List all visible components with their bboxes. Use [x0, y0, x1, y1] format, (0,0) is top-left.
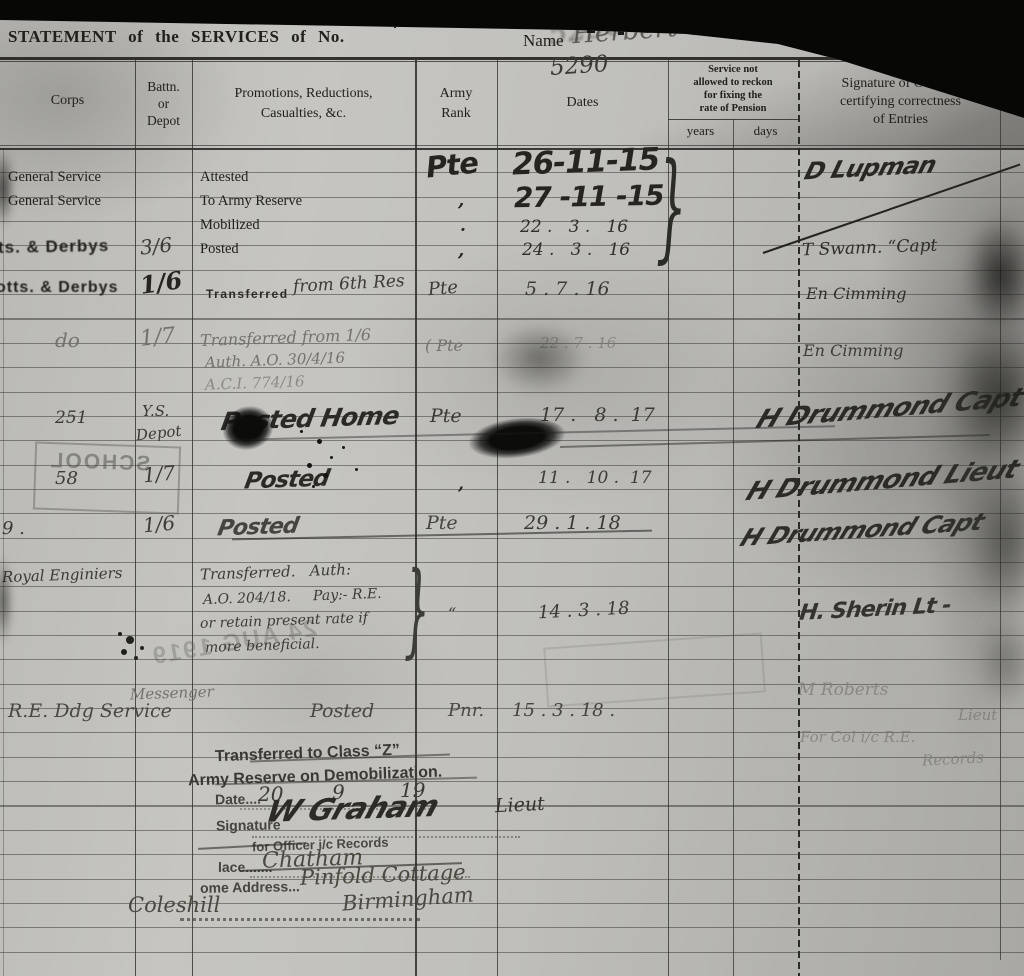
- r7-corps-hand: 251: [55, 410, 87, 428]
- r3-date-hand: 22 . 3 . 16: [520, 219, 628, 237]
- r7-rank-hand: Pte: [430, 407, 462, 427]
- col-rank-1: Army: [415, 87, 497, 102]
- speckles-left: [118, 632, 122, 636]
- r1-rank-hand: Pte: [425, 147, 480, 183]
- r5-corps-stamp: otts. & Derbys: [0, 280, 118, 297]
- demob-address-line3: Birmingham: [341, 883, 474, 914]
- r9-battn-hand: 1/6: [142, 513, 176, 537]
- r3-rank-ditto: .: [460, 218, 466, 236]
- col-days: days: [733, 124, 798, 138]
- col-pension-3: for fixing the: [668, 90, 798, 101]
- edge-mottle-band: [925, 240, 1024, 760]
- r6-event-line1: Transferred from 1/6: [200, 327, 372, 350]
- col-battn-1: Battn.: [135, 80, 192, 94]
- col-rank-2: Rank: [415, 107, 497, 122]
- demob-line1: Transferred to Class “Z”: [215, 743, 400, 766]
- col-promotions-2: Casualties, &c.: [192, 107, 415, 122]
- r10-event-line1: Transferred. Auth:: [200, 562, 352, 583]
- col-pension-1: Service not: [668, 64, 798, 75]
- r2-event: To Army Reserve: [200, 194, 302, 209]
- r10-rank-ditto: “: [448, 606, 456, 623]
- r6-rank-hand: ( Pte: [425, 338, 463, 355]
- r10-event-line2: A.O. 204/18. Pay:- R.E.: [203, 587, 382, 608]
- r6-event-line3: A.C.I. 774/16: [205, 374, 305, 393]
- r10-brace: }: [404, 558, 429, 665]
- r4-date-hand: 24 . 3 . 16: [522, 242, 630, 260]
- col-corps: Corps: [0, 94, 135, 109]
- r4-battn-hand: 3/6: [139, 234, 173, 258]
- r5-battn-hand: 1/6: [138, 267, 183, 298]
- r4-event: Posted: [200, 242, 239, 257]
- dates-brace: }: [656, 146, 687, 269]
- scanned-service-record: SCHOOL 24 AUG 1919 STATEMENT of the SERV…: [0, 0, 1024, 976]
- name-label: Name: [523, 32, 564, 50]
- r8-corps-hand: 58: [55, 470, 78, 489]
- col-promotions-1: Promotions, Reductions,: [192, 87, 415, 102]
- r9-corps-hand: 9 .: [2, 520, 25, 539]
- r11-corps-hand: R.E. Ddg Service: [8, 702, 172, 722]
- sig-r4: T Swann. “Capt: [802, 238, 938, 261]
- r11-event-hand: Posted: [310, 702, 374, 722]
- col-battn-2: or: [135, 97, 192, 111]
- r2-date-hand: 27 -11 -15: [514, 181, 664, 213]
- r8-battn-hand: 1/7: [142, 463, 176, 487]
- r10-corps-hand: Royal Enginiers: [2, 566, 123, 586]
- r10-date-hand: 14 . 3 . 18: [538, 600, 630, 624]
- r5-event-stamp: Transferred: [206, 288, 289, 301]
- r5-date-hand: 5 . 7 . 16: [525, 280, 610, 300]
- r3-event: Mobilized: [200, 218, 260, 233]
- sig-r1: D Lupman: [802, 153, 939, 185]
- r10-event-line3: or retain present rate if: [200, 611, 368, 632]
- r1-date-hand: 26-11-15: [511, 143, 659, 181]
- r5-rank-hand: Pte: [427, 279, 459, 300]
- r7-battn-line1: Y.S.: [142, 404, 169, 420]
- r8-event-hand: Posted: [243, 467, 331, 494]
- col-signature-3: of Entries: [798, 113, 1003, 128]
- r11-date-hand: 15 . 3 . 18 .: [512, 702, 615, 721]
- officer-unit-pencil: For Col i/c R.E.: [800, 730, 915, 746]
- r2-corps: General Service: [8, 194, 101, 209]
- paper-sheet: SCHOOL 24 AUG 1919 STATEMENT of the SERV…: [0, 0, 1024, 976]
- r1-corps: General Service: [8, 170, 101, 185]
- sig-r6: En Cimming: [803, 343, 903, 360]
- left-edge-mark-1: [0, 148, 14, 228]
- r9-rank-hand: Pte: [426, 514, 458, 534]
- r6-corps-hand: do: [55, 330, 80, 351]
- r8-rank-ditto: ,: [458, 476, 464, 494]
- r2-rank-ditto: ,: [458, 192, 464, 211]
- officer-name-pencil: M Roberts: [798, 682, 888, 700]
- demob-date-label: Date....: [215, 792, 261, 807]
- r8-date-hand: 11 . 10 . 17: [538, 470, 652, 488]
- demob-signature-rank: Lieut: [495, 795, 546, 818]
- r6-battn-hand: 1/7: [139, 324, 177, 351]
- col-pension-4: rate of Pension: [668, 103, 798, 114]
- demob-signature-hand: W Graham: [262, 791, 442, 828]
- smudge-row6: [492, 322, 587, 394]
- col-signature-1: Signature of Officers: [798, 77, 1003, 92]
- col-years: years: [668, 124, 733, 138]
- demob-address-line2: Coleshill: [128, 894, 220, 916]
- col-pension-2: allowed to reckon: [668, 77, 798, 88]
- top-edge-marks: [394, 0, 396, 28]
- col-battn-3: Depot: [135, 114, 192, 128]
- service-number-handwritten: 5290: [549, 52, 609, 80]
- form-corner-text: Army F: [812, 18, 859, 33]
- r4-corps-stamp: ts. & Derbys: [0, 237, 109, 257]
- form-title: STATEMENT of the SERVICES of No.: [8, 28, 345, 46]
- sig-r5: En Cimming: [806, 286, 906, 303]
- col-signature-2: certifying correctness: [798, 95, 1003, 110]
- r11-rank-hand: Pnr.: [448, 702, 484, 721]
- r10-event-line4: more beneficial.: [205, 637, 320, 656]
- speckles-center: [300, 430, 303, 433]
- demob-address-leader: [180, 918, 420, 921]
- col-dates: Dates: [497, 96, 668, 111]
- r1-event: Attested: [200, 170, 248, 185]
- r4-rank-ditto: ,: [458, 242, 464, 261]
